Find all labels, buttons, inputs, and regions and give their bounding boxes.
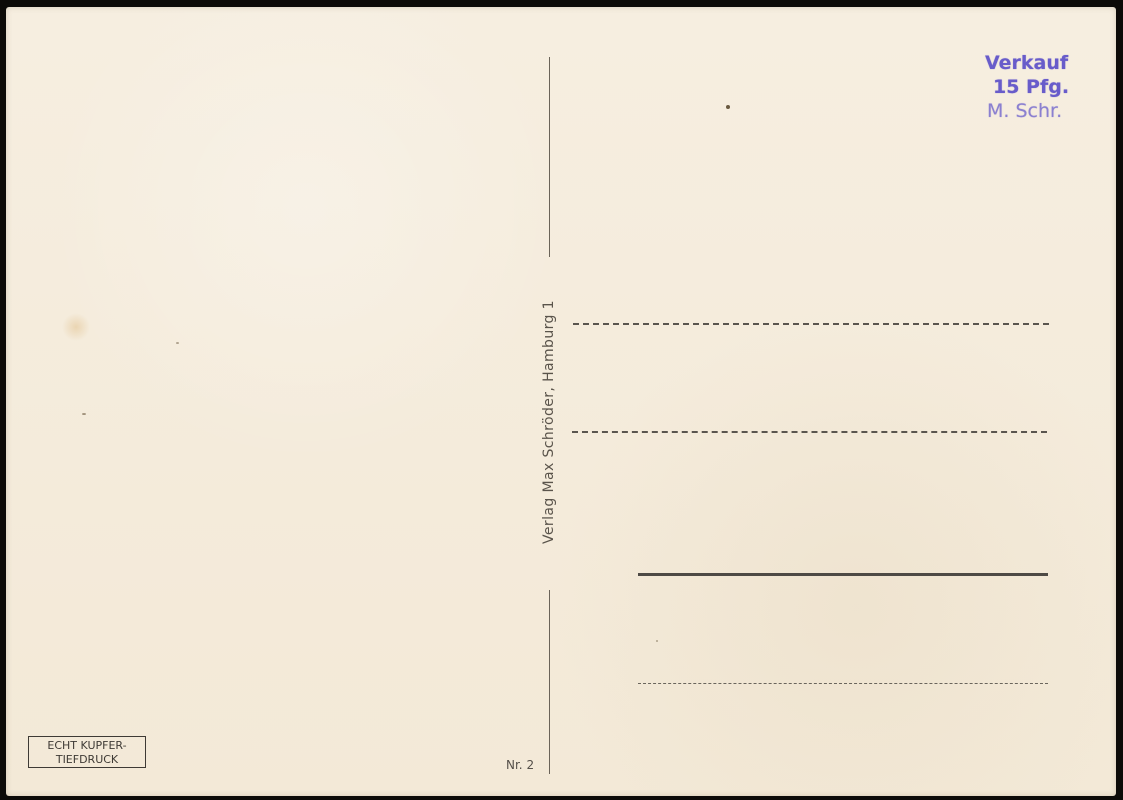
postcard-back: Verlag Max Schröder, Hamburg 1 Verkauf 1…: [6, 7, 1116, 796]
center-divider-top: [549, 57, 550, 257]
print-process-line-2: TIEFDRUCK: [29, 753, 145, 767]
stamp-line-2: 15 Pfg.: [985, 75, 1095, 99]
paper-speck: [726, 105, 730, 109]
center-divider-bottom: [549, 590, 550, 774]
card-number: Nr. 2: [506, 758, 534, 772]
paper-speck: [176, 342, 179, 344]
print-process-line-1: ECHT KUPFER-: [29, 739, 145, 753]
address-line-3: [638, 573, 1048, 576]
stamp-line-1: Verkauf: [985, 51, 1095, 75]
publisher-imprint: Verlag Max Schröder, Hamburg 1: [541, 300, 557, 544]
paper-speck: [82, 413, 86, 415]
price-stamp: Verkauf 15 Pfg. M. Schr.: [985, 51, 1095, 123]
address-line-2: [572, 431, 1047, 433]
paper-speck: [656, 640, 658, 642]
address-line-1: [573, 323, 1049, 325]
print-process-box: ECHT KUPFER- TIEFDRUCK: [28, 736, 146, 768]
stamp-line-3: M. Schr.: [985, 99, 1095, 123]
address-line-4: [638, 683, 1048, 684]
